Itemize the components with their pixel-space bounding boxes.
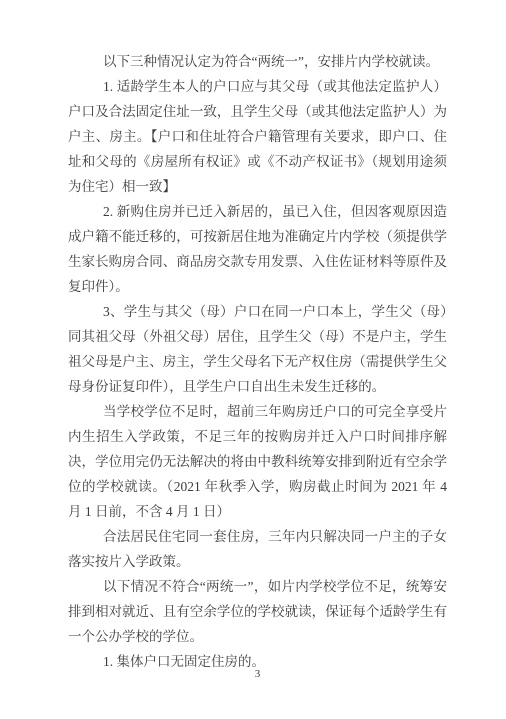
document-body: 以下三种情况认定为符合“两统一”，安排片内学校就读。 1. 适龄学生本人的户口应… [68,49,447,674]
paragraph-rule-2: 2. 新购住房并已迁入新居的，虽已入住，但因客观原因造成户籍不能迁移的，可按新居… [68,199,447,299]
paragraph-quota-policy: 当学校学位不足时，超前三年购房迁户口的可完全享受片内生招生入学政策，不足三年的按… [68,399,447,524]
paragraph-rule-3: 3、学生与其父（母）户口在同一户口本上，学生父（母）同其祖父母（外祖父母）居住，… [68,299,447,399]
page-number: 3 [68,667,447,681]
paragraph-not-conform-intro: 以下情况不符合“两统一”，如片内学校学位不足，统筹安排到相对就近、且有空余学位的… [68,574,447,649]
paragraph-intro: 以下三种情况认定为符合“两统一”，安排片内学校就读。 [68,49,447,74]
paragraph-rule-1: 1. 适龄学生本人的户口应与其父母（或其他法定监护人）户口及合法固定住址一致，且… [68,74,447,199]
paragraph-one-house-rule: 合法居民住宅同一套住房，三年内只解决同一户主的子女落实按片入学政策。 [68,524,447,574]
document-page: 以下三种情况认定为符合“两统一”，安排片内学校就读。 1. 适龄学生本人的户口应… [0,0,506,719]
